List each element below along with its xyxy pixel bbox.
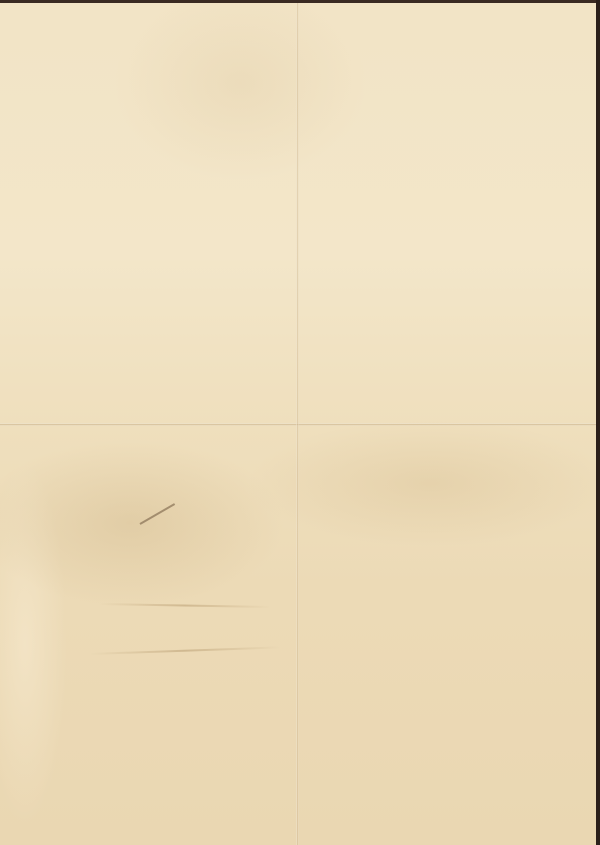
paper-mark <box>140 503 176 525</box>
background-edge <box>596 0 600 845</box>
vertical-fold-line <box>296 3 299 845</box>
paper-crease <box>100 603 270 608</box>
blank-paper-sheet <box>0 3 596 845</box>
paper-crease <box>90 646 280 655</box>
